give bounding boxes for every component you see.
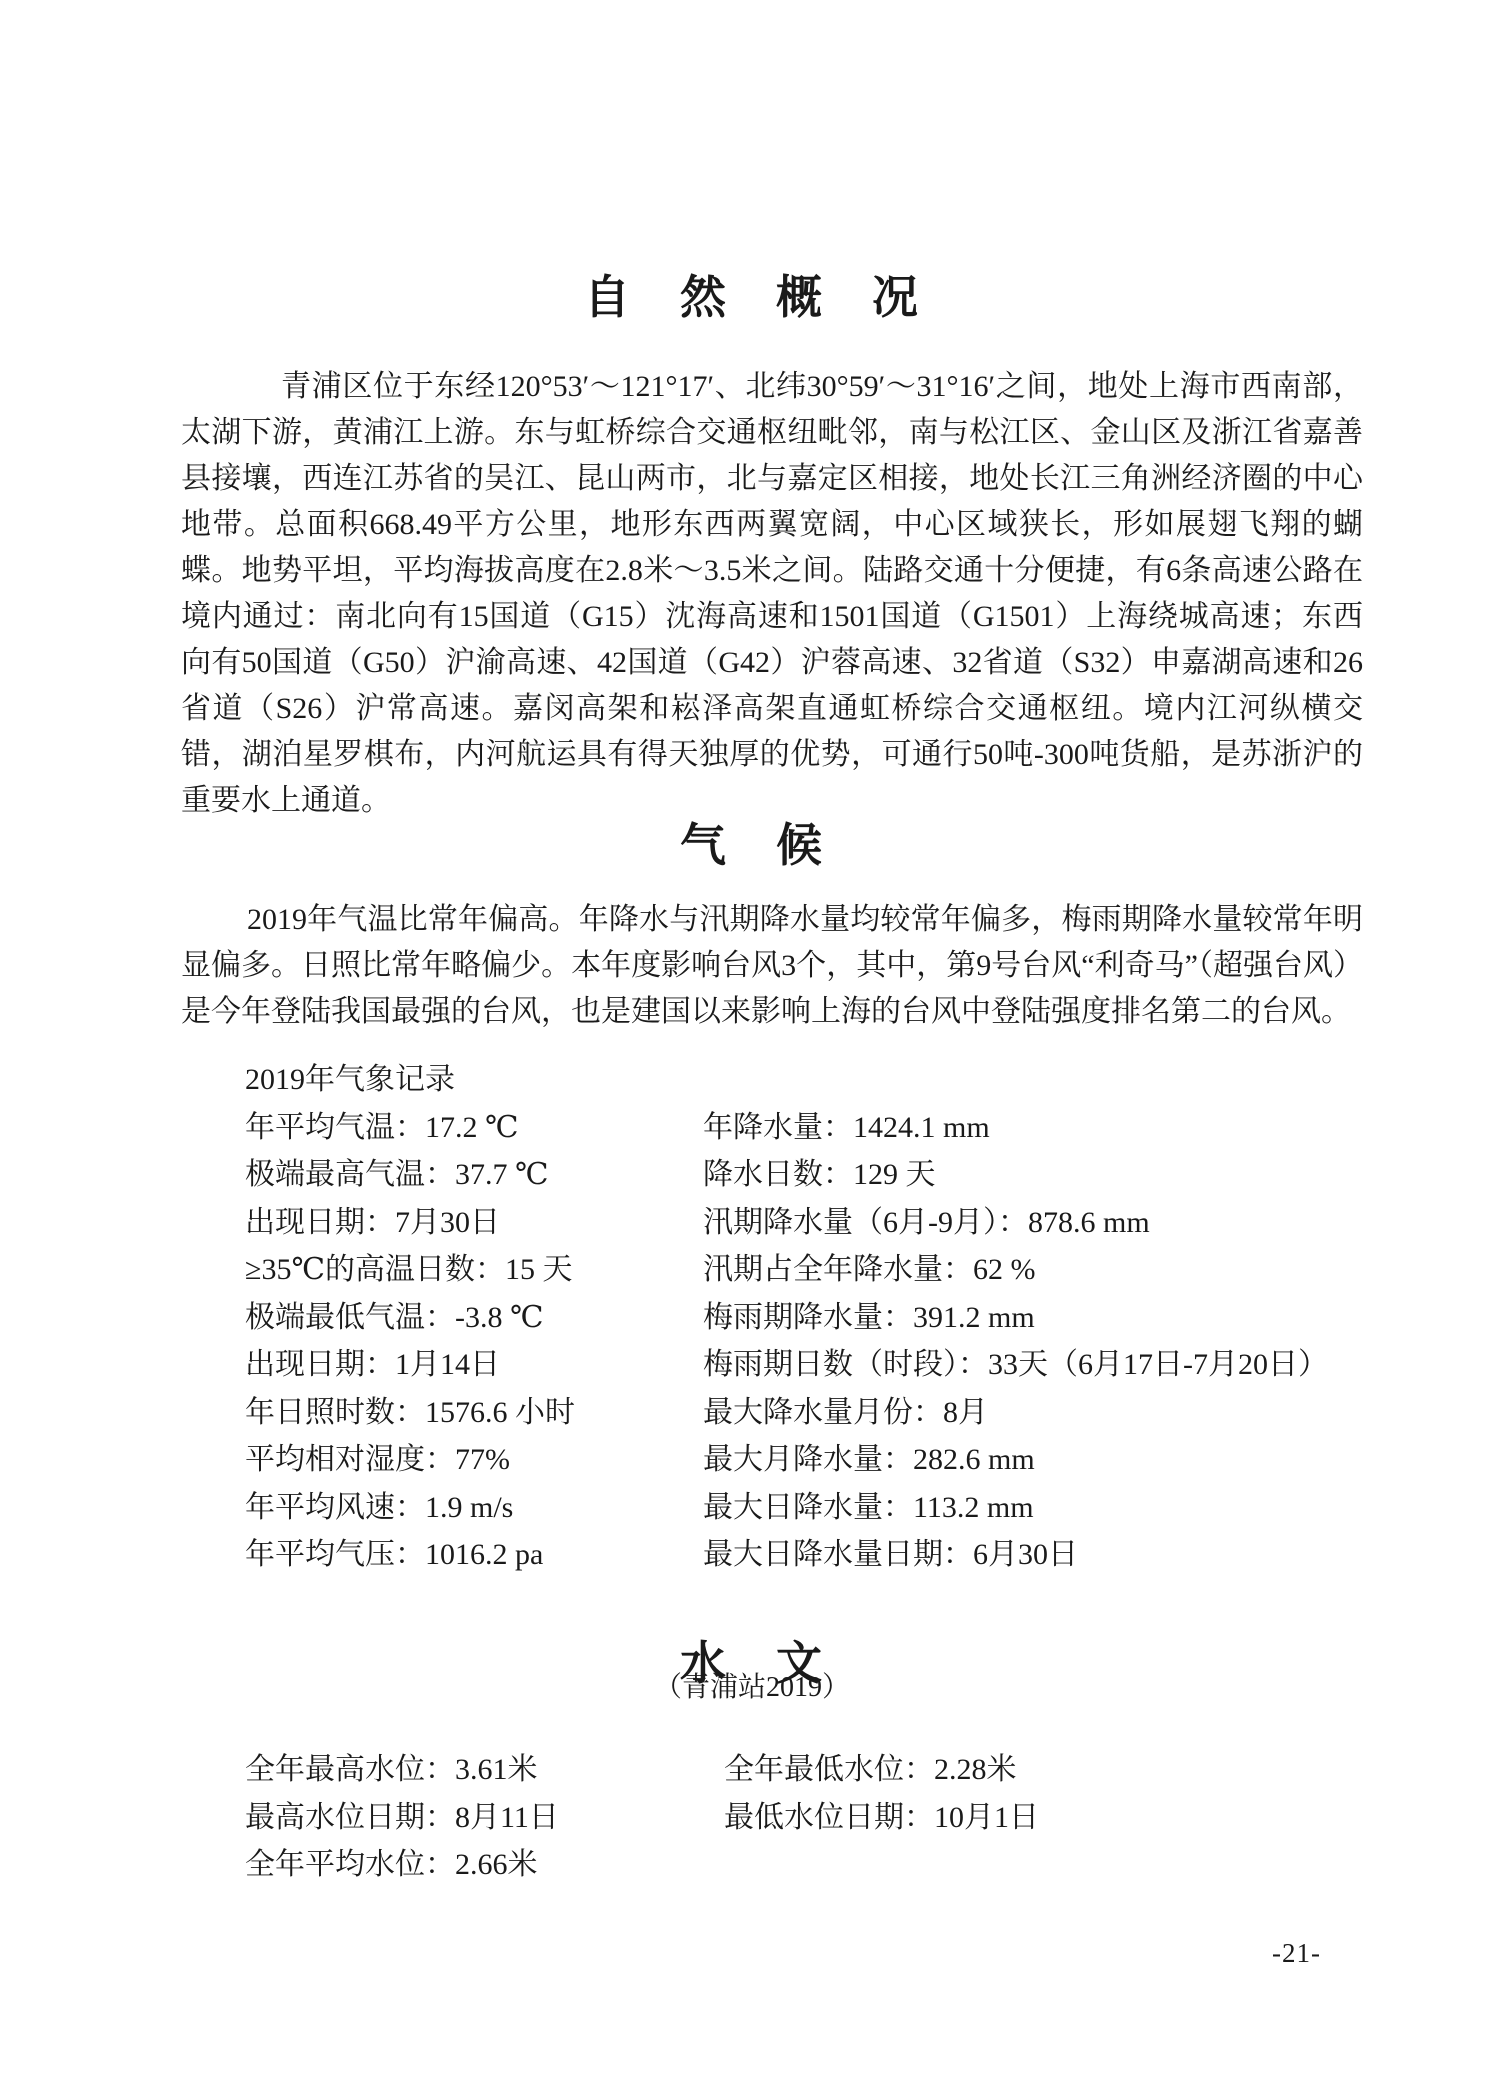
weather-record-row: 年日照时数：1576.6 小时 最大降水量月份：8月 — [245, 1389, 1328, 1437]
weather-record-left: 年平均气压：1016.2 pa — [245, 1531, 703, 1579]
weather-record-right: 最大月降水量：282.6 mm — [703, 1436, 1328, 1484]
hydrology-record-row: 最高水位日期：8月11日 最低水位日期：10月1日 — [245, 1794, 1039, 1842]
weather-record-left: 极端最高气温：37.7 ℃ — [245, 1151, 703, 1199]
weather-record-right: 年降水量：1424.1 mm — [703, 1104, 1328, 1152]
weather-record-row: 平均相对湿度：77% 最大月降水量：282.6 mm — [245, 1436, 1328, 1484]
weather-record-row: 出现日期：7月30日 汛期降水量（6月-9月）：878.6 mm — [245, 1199, 1328, 1247]
weather-record-left: 出现日期：1月14日 — [245, 1341, 703, 1389]
weather-record-row: 极端最高气温：37.7 ℃ 降水日数：129 天 — [245, 1151, 1328, 1199]
hydrology-record-right: 全年最低水位：2.28米 — [724, 1746, 1039, 1794]
hydrology-record-right: 最低水位日期：10月1日 — [724, 1794, 1039, 1842]
weather-record-row: ≥35℃的高温日数：15 天 汛期占全年降水量：62 % — [245, 1246, 1328, 1294]
hydrology-record-row: 全年最高水位：3.61米 全年最低水位：2.28米 — [245, 1746, 1039, 1794]
weather-record-left: 平均相对湿度：77% — [245, 1436, 703, 1484]
weather-records-list: 2019年气象记录 年平均气温：17.2 ℃ 年降水量：1424.1 mm 极端… — [245, 1056, 1328, 1579]
weather-records-title: 2019年气象记录 — [245, 1056, 703, 1104]
weather-record-row: 年平均气压：1016.2 pa 最大日降水量日期：6月30日 — [245, 1531, 1328, 1579]
weather-record-right: 最大日降水量：113.2 mm — [703, 1484, 1328, 1532]
weather-record-right: 最大降水量月份：8月 — [703, 1389, 1328, 1437]
hydrology-subtitle: （青浦站2019） — [0, 1672, 1504, 1704]
document-page: 自 然 概 况 青浦区位于东经120°53′～121°17′、北纬30°59′～… — [0, 0, 1504, 2095]
section-title-climate: 气 候 — [0, 823, 1504, 869]
weather-record-left: 年平均风速：1.9 m/s — [245, 1484, 703, 1532]
weather-record-right: 降水日数：129 天 — [703, 1151, 1328, 1199]
natural-overview-paragraph: 青浦区位于东经120°53′～121°17′、北纬30°59′～31°16′之间… — [181, 364, 1363, 824]
hydrology-record-left: 全年平均水位：2.66米 — [245, 1841, 724, 1889]
weather-record-right: 梅雨期日数（时段）：33天（6月17日-7月20日） — [703, 1341, 1328, 1389]
hydrology-record-left: 最高水位日期：8月11日 — [245, 1794, 724, 1842]
climate-paragraph: 2019年气温比常年偏高。年降水与汛期降水量均较常年偏多，梅雨期降水量较常年明显… — [181, 897, 1363, 1035]
hydrology-record-row: 全年平均水位：2.66米 — [245, 1841, 1039, 1889]
weather-record-right: 汛期降水量（6月-9月）：878.6 mm — [703, 1199, 1328, 1247]
page-number: -21- — [1272, 1938, 1321, 1969]
weather-record-right: 汛期占全年降水量：62 % — [703, 1246, 1328, 1294]
weather-record-right: 最大日降水量日期：6月30日 — [703, 1531, 1328, 1579]
weather-record-left: 极端最低气温：-3.8 ℃ — [245, 1294, 703, 1342]
weather-record-left: 年平均气温：17.2 ℃ — [245, 1104, 703, 1152]
weather-records-title-row: 2019年气象记录 — [245, 1056, 1328, 1104]
hydrology-record-left: 全年最高水位：3.61米 — [245, 1746, 724, 1794]
weather-record-row: 极端最低气温：-3.8 ℃ 梅雨期降水量：391.2 mm — [245, 1294, 1328, 1342]
weather-record-left: ≥35℃的高温日数：15 天 — [245, 1246, 703, 1294]
weather-record-row: 出现日期：1月14日 梅雨期日数（时段）：33天（6月17日-7月20日） — [245, 1341, 1328, 1389]
weather-record-row: 年平均气温：17.2 ℃ 年降水量：1424.1 mm — [245, 1104, 1328, 1152]
weather-record-row: 年平均风速：1.9 m/s 最大日降水量：113.2 mm — [245, 1484, 1328, 1532]
section-title-natural: 自 然 概 况 — [0, 275, 1504, 321]
weather-record-right: 梅雨期降水量：391.2 mm — [703, 1294, 1328, 1342]
weather-record-left: 出现日期：7月30日 — [245, 1199, 703, 1247]
weather-record-left: 年日照时数：1576.6 小时 — [245, 1389, 703, 1437]
hydrology-records-list: 全年最高水位：3.61米 全年最低水位：2.28米 最高水位日期：8月11日 最… — [245, 1746, 1039, 1889]
